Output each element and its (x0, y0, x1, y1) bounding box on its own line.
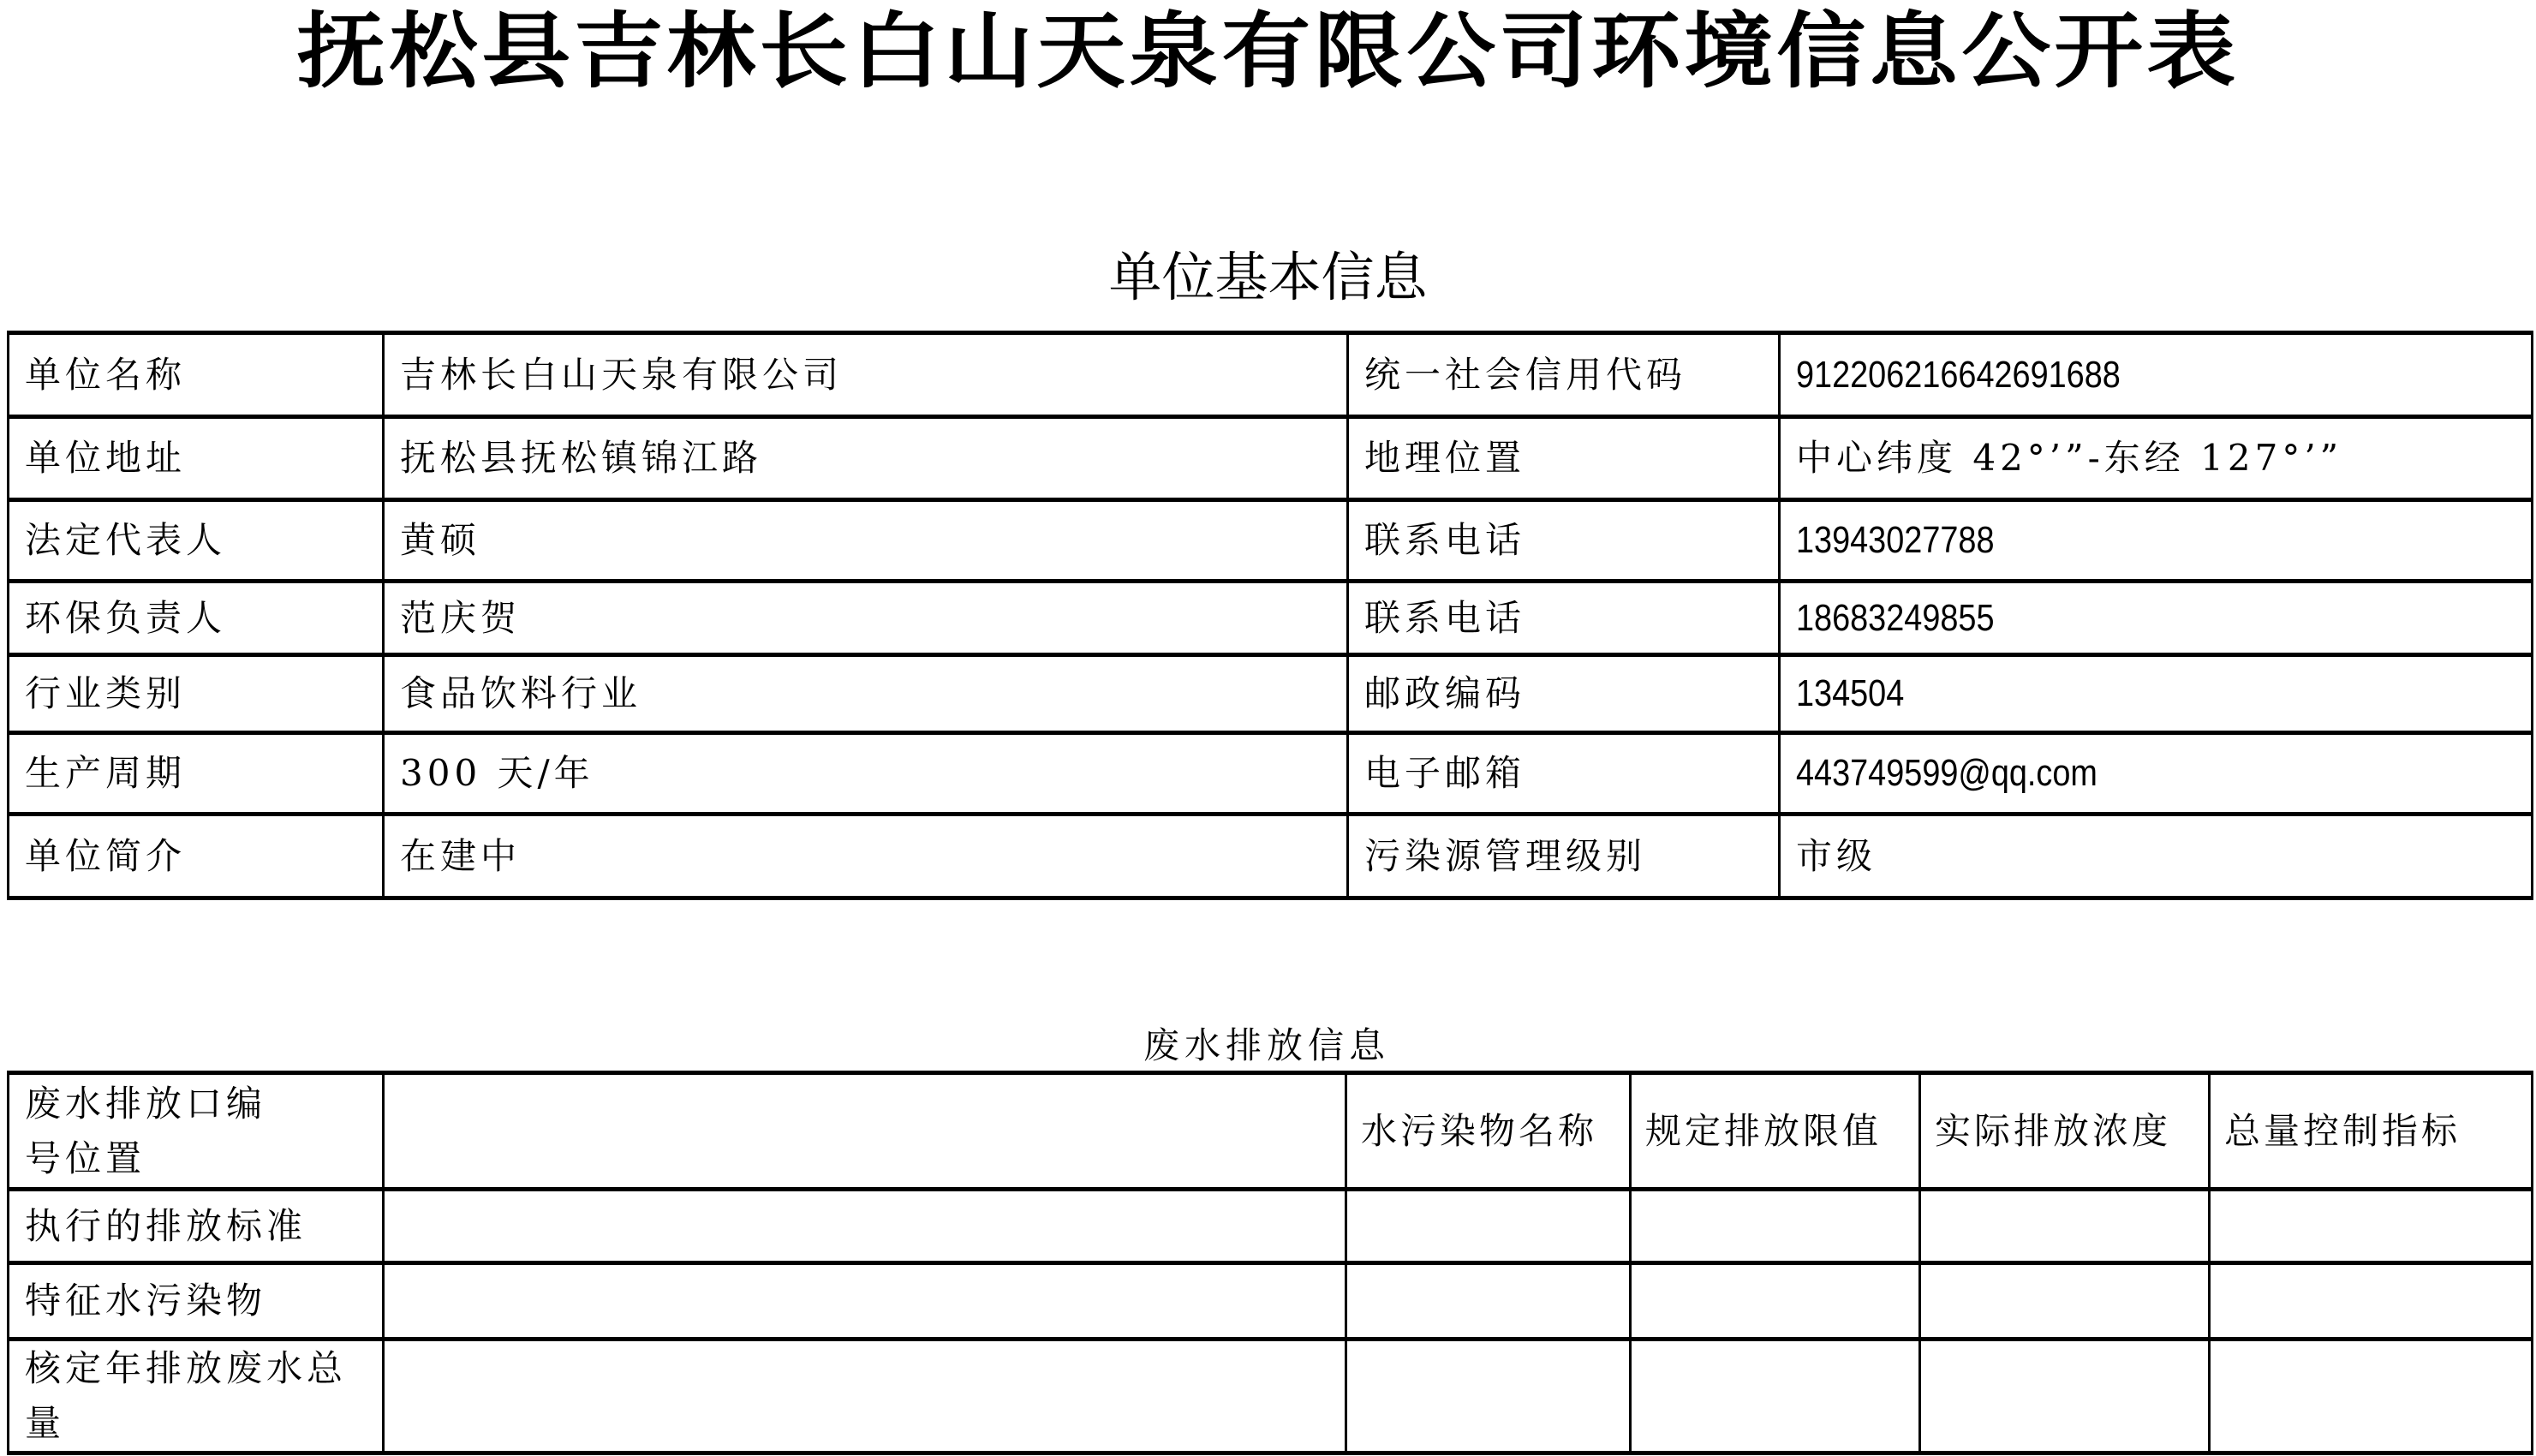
table-row: 行业类别 食品饮料行业 邮政编码 134504 (9, 655, 2533, 733)
unit-intro-value: 在建中 (384, 815, 1348, 898)
email-label: 电子邮箱 (1348, 733, 1780, 815)
cell (2210, 1190, 2533, 1263)
postal-code-label: 邮政编码 (1348, 655, 1780, 733)
characteristic-pollutant-label: 特征水污染物 (9, 1263, 384, 1340)
legal-rep-label: 法定代表人 (9, 500, 384, 582)
industry-label: 行业类别 (9, 655, 384, 733)
env-manager-value: 范庆贺 (384, 582, 1348, 655)
wastewater-heading: 废水排放信息 (1143, 1023, 1390, 1069)
table-row: 单位名称 吉林长白山天泉有限公司 统一社会信用代码 91220621664269… (9, 333, 2533, 417)
cell (1346, 1190, 1631, 1263)
basic-info-heading: 单位基本信息 (0, 245, 2536, 310)
cell (1920, 1263, 2210, 1340)
legal-rep-value: 黄硕 (384, 500, 1348, 582)
unit-name-value: 吉林长白山天泉有限公司 (384, 333, 1348, 417)
cell (1346, 1263, 1631, 1340)
env-manager-label: 环保负责人 (9, 582, 384, 655)
annual-discharge-label: 核定年排放废水总量 (9, 1340, 384, 1453)
production-cycle-value: 300 天/年 (384, 733, 1348, 815)
table-row: 单位地址 抚松县抚松镇锦江路 地理位置 中心纬度 42°’”-东经 127°’” (9, 417, 2533, 500)
table-row: 特征水污染物 (9, 1263, 2533, 1340)
geo-location-label: 地理位置 (1348, 417, 1780, 500)
unit-address-label: 单位地址 (9, 417, 384, 500)
col-total-control: 总量控制指标 (2210, 1073, 2533, 1190)
table-row: 废水排放口编号位置 水污染物名称 规定排放限值 实际排放浓度 总量控制指标 (9, 1073, 2533, 1190)
col-limit-value: 规定排放限值 (1631, 1073, 1920, 1190)
col-actual-concentration: 实际排放浓度 (1920, 1073, 2210, 1190)
wastewater-table: 废水排放口编号位置 水污染物名称 规定排放限值 实际排放浓度 总量控制指标 执行… (7, 1071, 2533, 1455)
cell (1631, 1263, 1920, 1340)
phone-value: 13943027788 (1780, 500, 2533, 582)
annual-discharge-value (384, 1340, 1346, 1453)
credit-code-label: 统一社会信用代码 (1348, 333, 1780, 417)
document-title: 抚松县吉林长白山天泉有限公司环境信息公开表 (0, 7, 2536, 96)
pollution-level-value: 市级 (1780, 815, 2533, 898)
env-phone-label: 联系电话 (1348, 582, 1780, 655)
table-row: 执行的排放标准 (9, 1190, 2533, 1263)
table-row: 核定年排放废水总量 (9, 1340, 2533, 1453)
unit-address-value: 抚松县抚松镇锦江路 (384, 417, 1348, 500)
emission-standard-value (384, 1190, 1346, 1263)
cell (1631, 1340, 1920, 1453)
geo-location-value: 中心纬度 42°’”-东经 127°’” (1780, 417, 2533, 500)
cell (1920, 1340, 2210, 1453)
cell (2210, 1340, 2533, 1453)
credit-code-value: 912206216642691688 (1780, 333, 2533, 417)
basic-info-table: 单位名称 吉林长白山天泉有限公司 统一社会信用代码 91220621664269… (7, 331, 2533, 900)
pollution-level-label: 污染源管理级别 (1348, 815, 1780, 898)
col-pollutant-name: 水污染物名称 (1346, 1073, 1631, 1190)
table-row: 法定代表人 黄硕 联系电话 13943027788 (9, 500, 2533, 582)
outlet-location-value (384, 1073, 1346, 1190)
cell (2210, 1263, 2533, 1340)
emission-standard-label: 执行的排放标准 (9, 1190, 384, 1263)
cell (1346, 1340, 1631, 1453)
table-row: 单位简介 在建中 污染源管理级别 市级 (9, 815, 2533, 898)
table-row: 环保负责人 范庆贺 联系电话 18683249855 (9, 582, 2533, 655)
env-phone-value: 18683249855 (1780, 582, 2533, 655)
cell (1920, 1190, 2210, 1263)
table-row: 生产周期 300 天/年 电子邮箱 443749599@qq.com (9, 733, 2533, 815)
industry-value: 食品饮料行业 (384, 655, 1348, 733)
unit-name-label: 单位名称 (9, 333, 384, 417)
cell (1631, 1190, 1920, 1263)
unit-intro-label: 单位简介 (9, 815, 384, 898)
production-cycle-label: 生产周期 (9, 733, 384, 815)
outlet-location-label: 废水排放口编号位置 (9, 1073, 384, 1190)
characteristic-pollutant-value (384, 1263, 1346, 1340)
phone-label: 联系电话 (1348, 500, 1780, 582)
postal-code-value: 134504 (1780, 655, 2533, 733)
email-value: 443749599@qq.com (1780, 733, 2533, 815)
